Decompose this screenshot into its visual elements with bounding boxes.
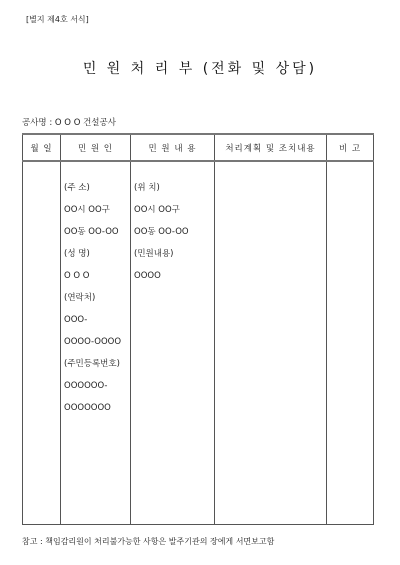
cell-complaint-content: (위 치) OO시 OO구 OO동 OO-OO (민원내용) OOOO xyxy=(131,161,215,525)
cell-action-plan xyxy=(215,161,327,525)
cell-date xyxy=(23,161,61,525)
cell-remarks xyxy=(327,161,374,525)
cell-complainant: (주 소) OO시 OO구 OO동 OO-OO (성 명) O O O (연락처… xyxy=(61,161,131,525)
project-name-line: 공사명 : O O O 건설공사 xyxy=(22,116,116,128)
form-number-label: [별지 제4호 서식] xyxy=(26,14,89,25)
table-header-row: 월 일 민 원 인 민 원 내 용 처리계획 및 조치내용 비 고 xyxy=(23,134,374,161)
header-action-plan: 처리계획 및 조치내용 xyxy=(215,134,327,161)
table-row: (주 소) OO시 OO구 OO동 OO-OO (성 명) O O O (연락처… xyxy=(23,161,374,525)
complainant-details: (주 소) OO시 OO구 OO동 OO-OO (성 명) O O O (연락처… xyxy=(61,162,130,425)
header-complaint-content: 민 원 내 용 xyxy=(131,134,215,161)
footnote: 참고 : 책임감리원이 처리불가능한 사항은 발주기관의 장에게 서면보고함 xyxy=(22,536,274,547)
project-name-label: 공사명 : xyxy=(22,118,55,128)
header-date: 월 일 xyxy=(23,134,61,161)
project-name-value: O O O 건설공사 xyxy=(55,118,116,128)
complaint-details: (위 치) OO시 OO구 OO동 OO-OO (민원내용) OOOO xyxy=(131,162,214,293)
document-title: 민 원 처 리 부 (전화 및 상담) xyxy=(0,58,400,78)
complaint-log-table: 월 일 민 원 인 민 원 내 용 처리계획 및 조치내용 비 고 (주 소) … xyxy=(22,133,374,525)
header-complainant: 민 원 인 xyxy=(61,134,131,161)
header-remarks: 비 고 xyxy=(327,134,374,161)
